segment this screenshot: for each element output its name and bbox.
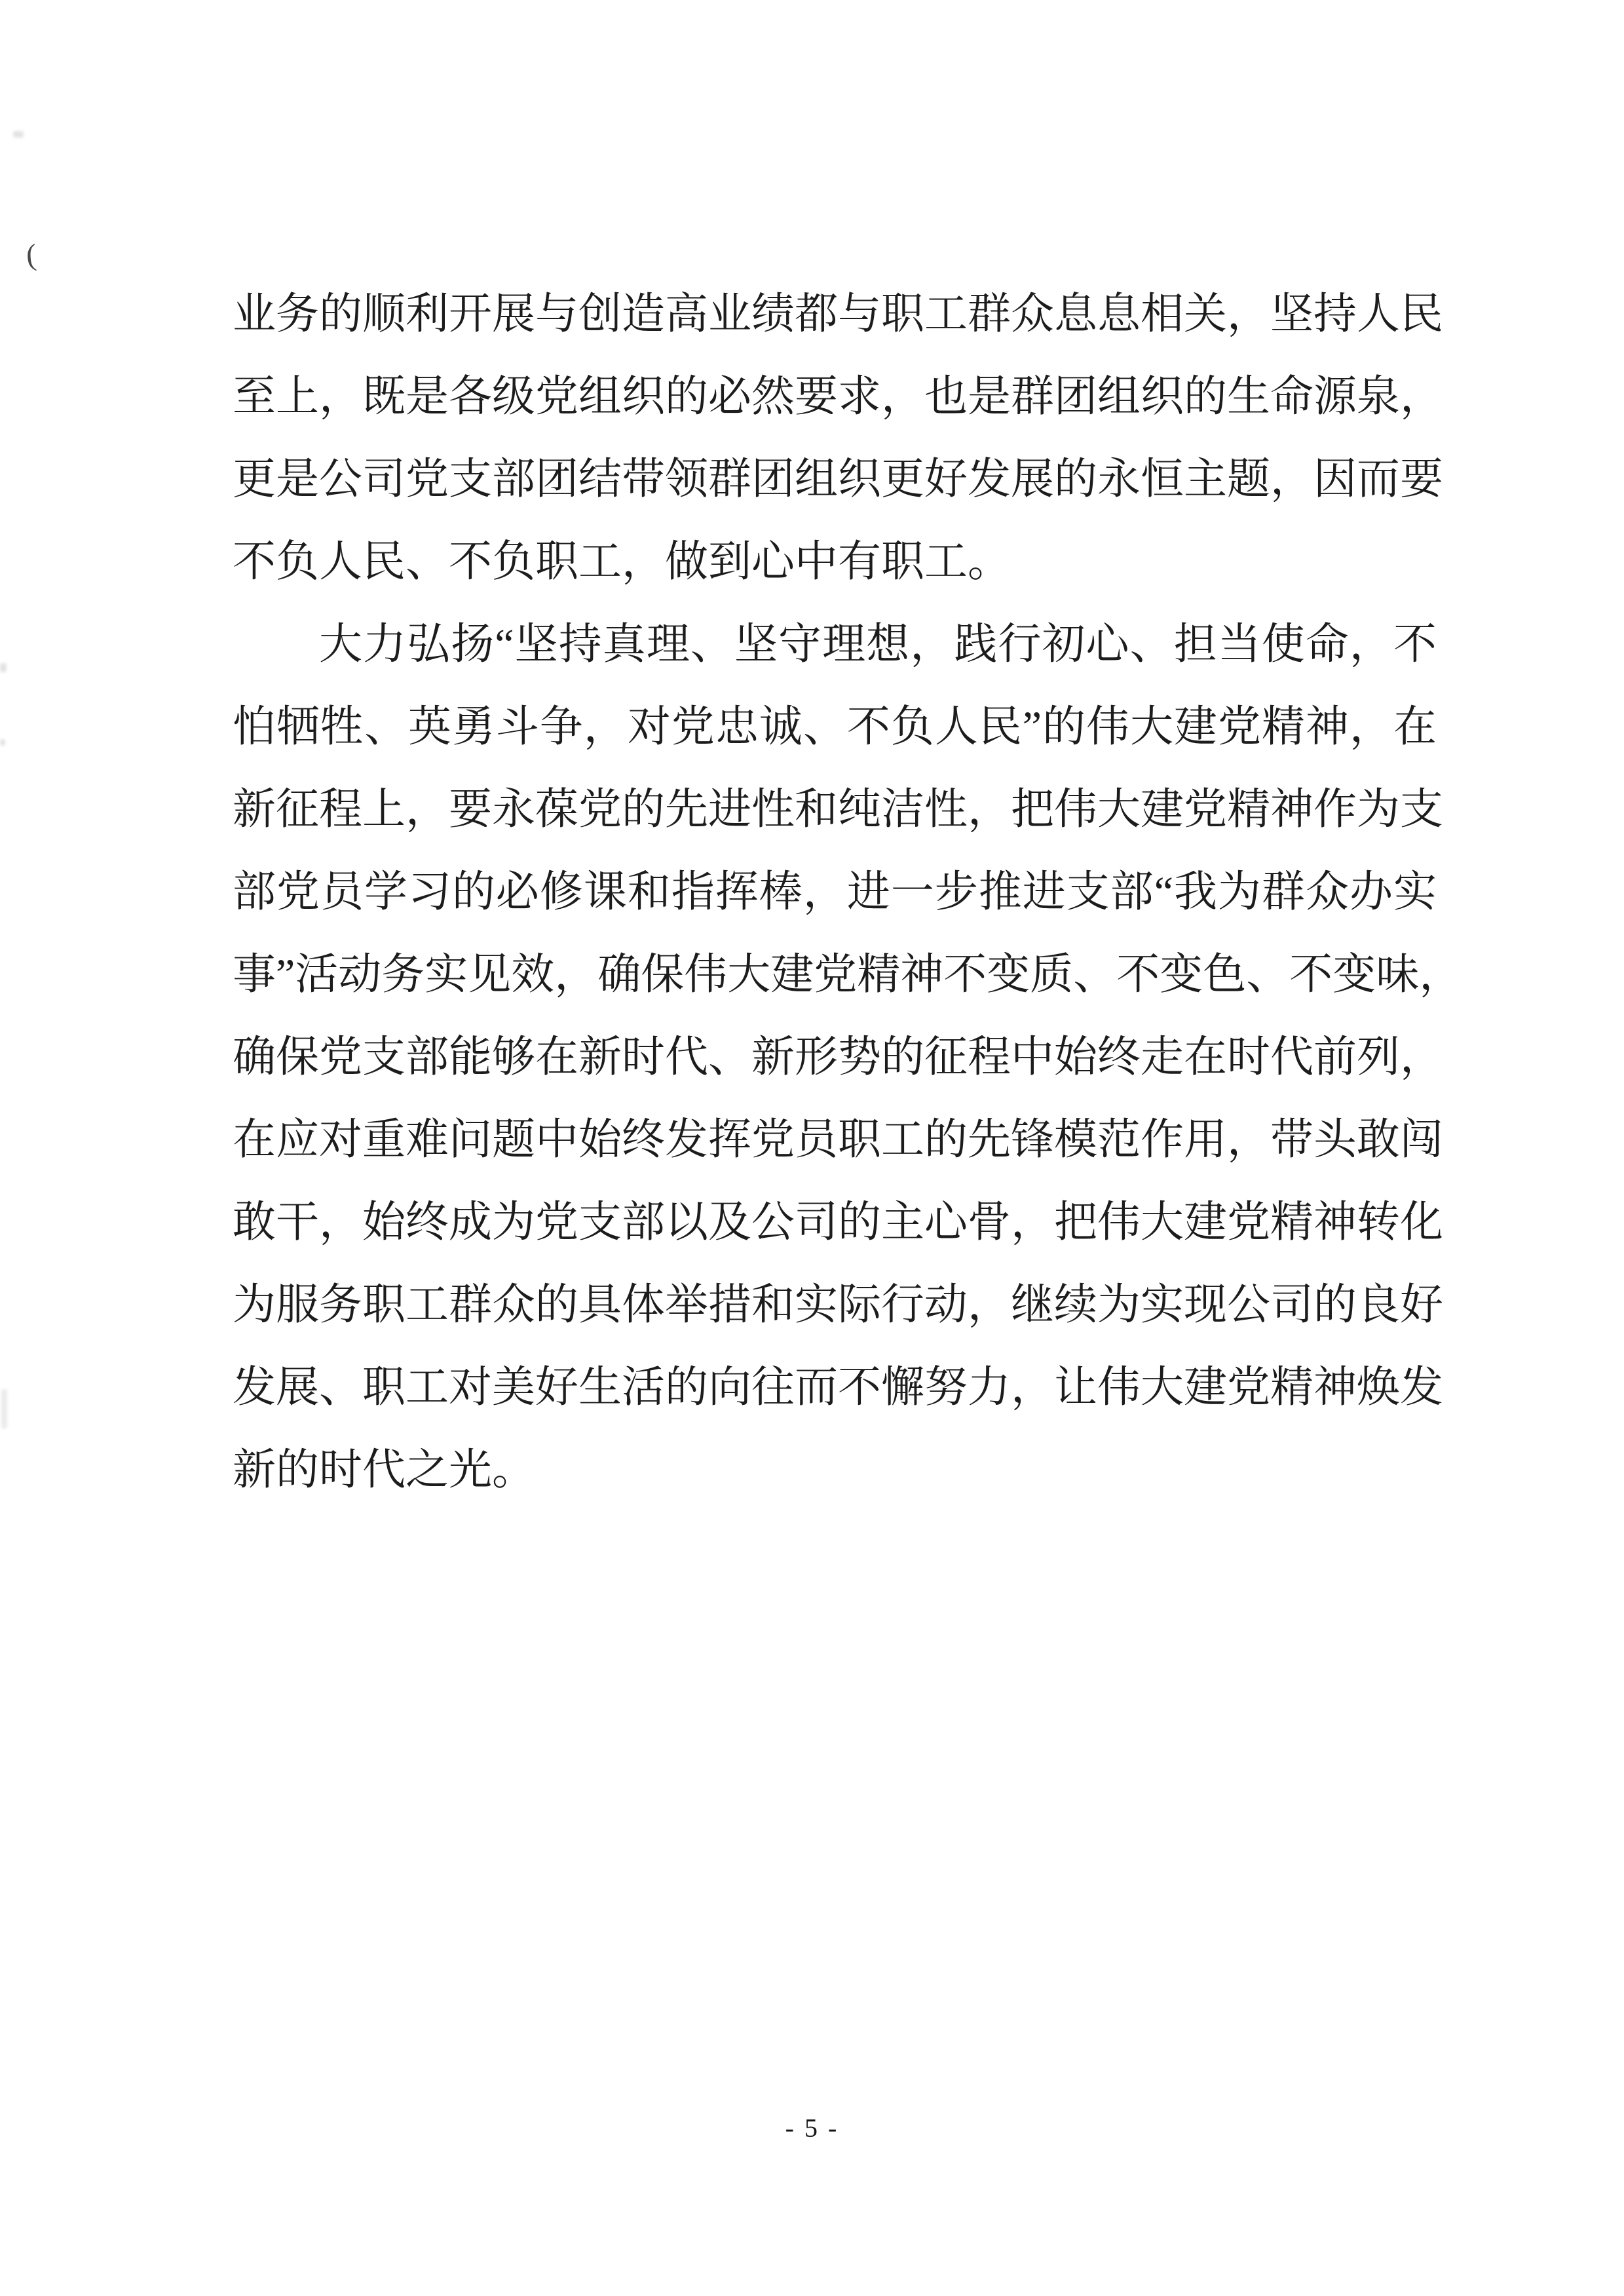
scan-smudge [13,131,24,138]
scanned-document-page: ( 业务的顺利开展与创造高业绩都与职工群众息息相关，坚持人民 至上，既是各级党组… [0,0,1624,2296]
page-number: - 5 - [0,2113,1624,2143]
scan-smudge [0,739,5,746]
scan-smudge [0,663,7,672]
text-line: 大力弘扬“坚持真理、坚守理想，践行初心、担当使命，不 [233,603,1437,686]
text-line: 业务的顺利开展与创造高业绩都与职工群众息息相关，坚持人民 [233,273,1437,356]
text-line: 确保党支部能够在新时代、新形势的征程中始终走在时代前列， [233,1016,1437,1099]
text-line: 不负人民、不负职工，做到心中有职工。 [233,521,1437,603]
text-line: 怕牺牲、英勇斗争，对党忠诚、不负人民”的伟大建党精神，在 [233,686,1437,769]
text-line: 在应对重难问题中始终发挥党员职工的先锋模范作用，带头敢闯 [233,1099,1437,1181]
text-line: 新征程上，要永葆党的先进性和纯洁性，把伟大建党精神作为支 [233,769,1437,851]
text-line: 事”活动务实见效，确保伟大建党精神不变质、不变色、不变味， [233,934,1437,1016]
text-line: 至上，既是各级党组织的必然要求，也是群团组织的生命源泉， [233,356,1437,438]
text-line: 敢干，始终成为党支部以及公司的主心骨，把伟大建党精神转化 [233,1181,1437,1264]
scan-smudge [1,1389,7,1428]
text-line: 更是公司党支部团结带领群团组织更好发展的永恒主题，因而要 [233,438,1437,521]
scan-artifact-paren: ( [25,237,37,273]
text-line: 发展、职工对美好生活的向往而不懈努力，让伟大建党精神焕发 [233,1347,1437,1429]
document-body-text: 业务的顺利开展与创造高业绩都与职工群众息息相关，坚持人民 至上，既是各级党组织的… [233,273,1437,1512]
text-line: 新的时代之光。 [233,1429,1437,1512]
text-line: 为服务职工群众的具体举措和实际行动，继续为实现公司的良好 [233,1264,1437,1347]
text-line: 部党员学习的必修课和指挥棒，进一步推进支部“我为群众办实 [233,851,1437,934]
